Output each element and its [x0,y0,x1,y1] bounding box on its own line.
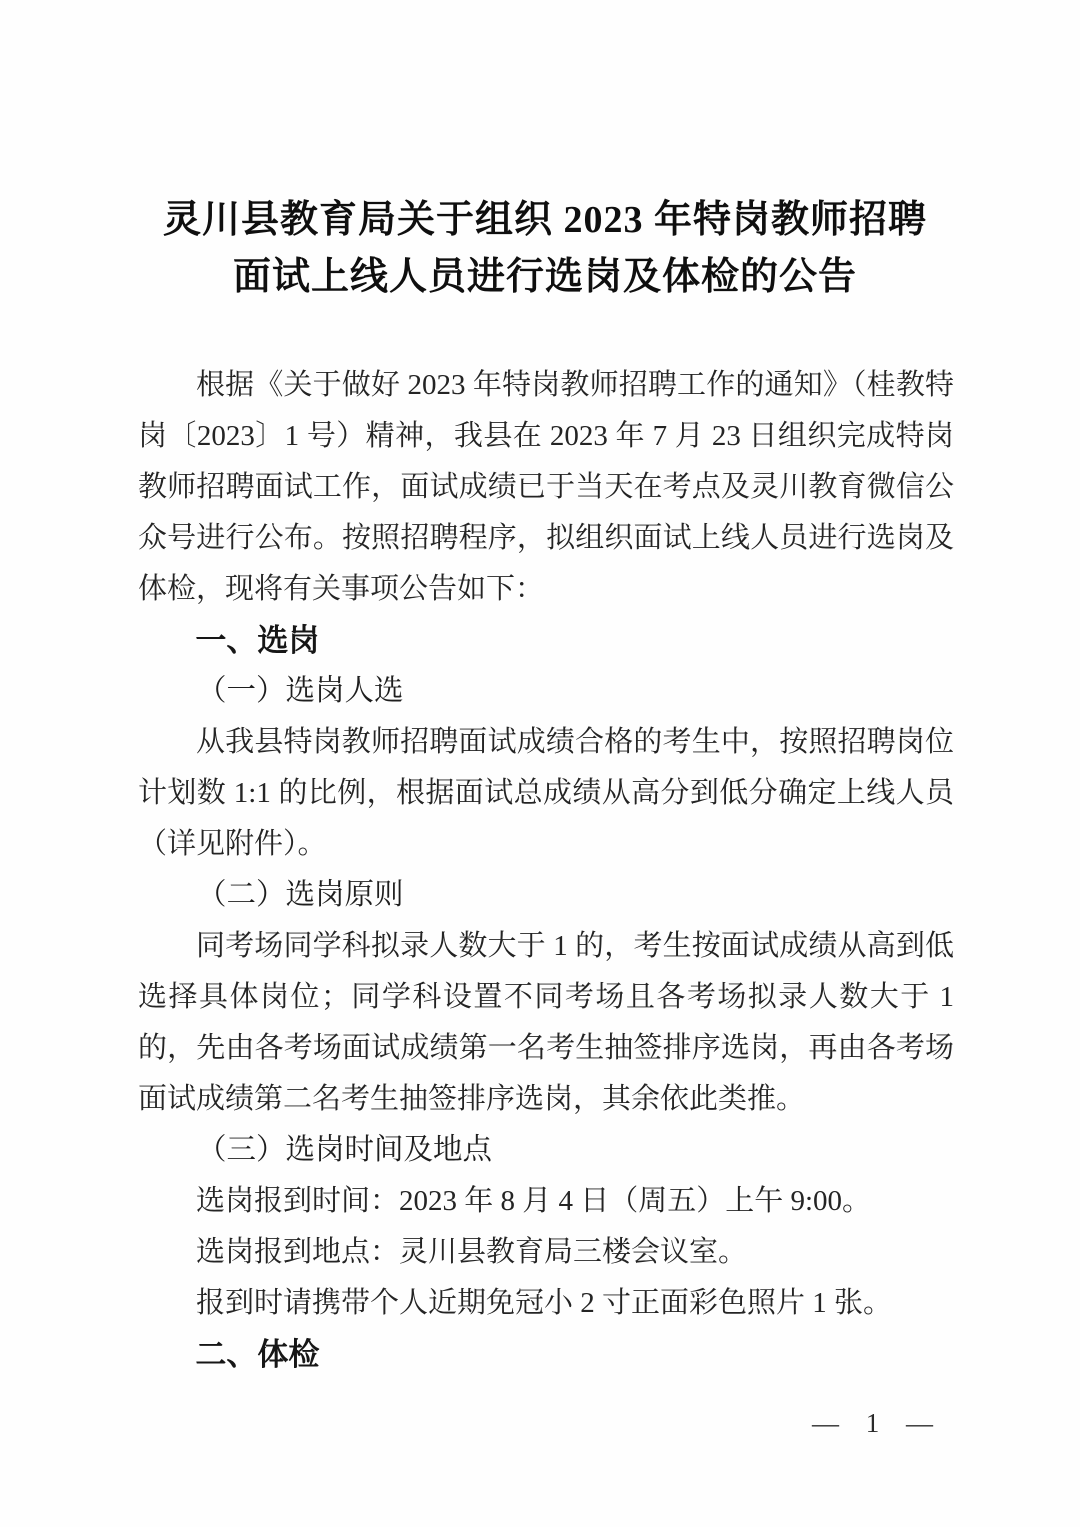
body-paragraph: 从我县特岗教师招聘面试成绩合格的考生中，按照招聘岗位计划数 1:1 的比例，根据… [138,717,954,870]
document-body: 根据《关于做好 2023 年特岗教师招聘工作的通知》（桂教特岗〔2023〕1 号… [138,360,954,1380]
section-heading: 二、体检 [138,1329,954,1380]
body-paragraph: 选岗报到地点：灵川县教育局三楼会议室。 [138,1227,954,1278]
section-heading: （三）选岗时间及地点 [138,1125,954,1176]
body-paragraph: 报到时请携带个人近期免冠小 2 寸正面彩色照片 1 张。 [138,1278,954,1329]
title-line-2: 面试上线人员进行选岗及体检的公告 [120,249,970,306]
body-paragraph: 选岗报到时间：2023 年 8 月 4 日（周五）上午 9:00。 [138,1176,954,1227]
title-line-1: 灵川县教育局关于组织 2023 年特岗教师招聘 [120,192,970,249]
section-heading: （二）选岗原则 [138,870,954,921]
document-page: 灵川县教育局关于组织 2023 年特岗教师招聘 面试上线人员进行选岗及体检的公告… [0,0,1080,1527]
body-paragraph: 同考场同学科拟录人数大于 1 的，考生按面试成绩从高到低选择具体岗位；同学科设置… [138,921,954,1125]
page-number: — 1 — [812,1408,935,1439]
body-paragraph: 根据《关于做好 2023 年特岗教师招聘工作的通知》（桂教特岗〔2023〕1 号… [138,360,954,615]
document-title: 灵川县教育局关于组织 2023 年特岗教师招聘 面试上线人员进行选岗及体检的公告 [120,192,970,306]
section-heading: 一、选岗 [138,615,954,666]
section-heading: （一）选岗人选 [138,666,954,717]
